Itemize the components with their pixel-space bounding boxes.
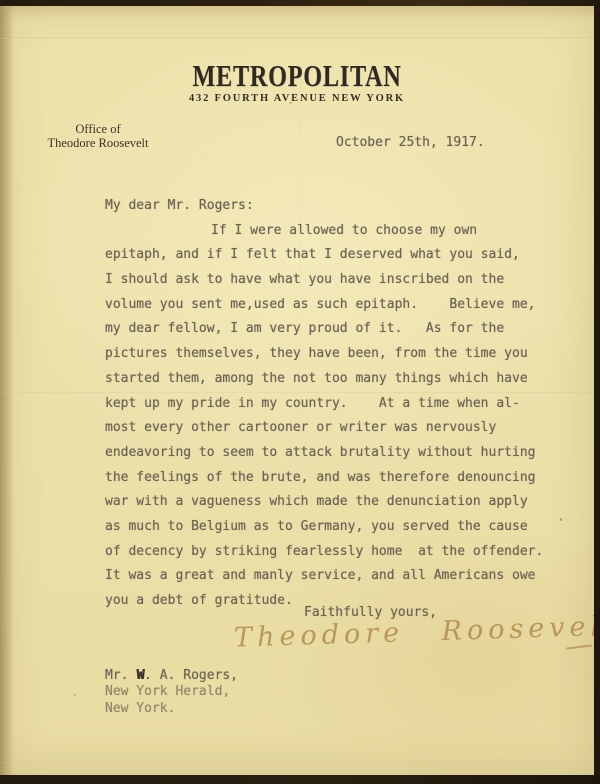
letterhead-title: METROPOLITAN	[65, 58, 528, 94]
recipient-block: Mr. W. A. Rogers, New York Herald, New Y…	[105, 668, 238, 717]
salutation: My dear Mr. Rogers:	[105, 194, 543, 219]
photo-border-bottom	[0, 775, 600, 784]
page-edge-shadow	[0, 6, 14, 775]
vertical-crease-left	[17, 10, 19, 240]
letter-body: My dear Mr. Rogers: If I were allowed to…	[105, 194, 543, 614]
overstruck-initial: W	[136, 668, 144, 683]
body-line: epitaph, and if I felt that I deserved w…	[105, 243, 543, 268]
body-line: of decency by striking fearlessly home a…	[105, 540, 543, 565]
horizontal-crease-bottom	[0, 761, 594, 763]
body-line: most every other cartooner or writer was…	[105, 416, 543, 441]
office-block: Office of Theodore Roosevelt	[36, 122, 160, 150]
body-line: endeavoring to seem to attack brutality …	[105, 441, 543, 466]
photo-border-right	[594, 0, 600, 784]
body-line: as much to Belgium as to Germany, you se…	[105, 515, 543, 540]
office-line-2: Theodore Roosevelt	[36, 136, 160, 150]
body-line: If I were allowed to choose my own	[105, 219, 543, 244]
body-line: kept up my pride in my country. At a tim…	[105, 392, 543, 417]
body-line: war with a vagueness which made the denu…	[105, 490, 543, 515]
recipient-suffix: . A. Rogers,	[144, 668, 238, 683]
horizontal-crease-top	[0, 37, 594, 39]
body-line: pictures themselves, they have been, fro…	[105, 342, 543, 367]
recipient-line-2: New York Herald,	[105, 684, 238, 700]
body-line: the feelings of the brute, and was there…	[105, 466, 543, 491]
letter-paper: METROPOLITAN 432 FOURTH AVENUE NEW YORK …	[0, 6, 594, 775]
photo-border-top	[0, 0, 600, 6]
paper-speck	[74, 694, 76, 696]
recipient-prefix: Mr.	[105, 668, 136, 683]
body-line: volume you sent me,used as such epitaph.…	[105, 293, 543, 318]
signature-flourish	[566, 644, 592, 649]
paper-speck	[289, 102, 292, 104]
body-line: I should ask to have what you have inscr…	[105, 268, 543, 293]
recipient-line-1: Mr. W. A. Rogers,	[105, 668, 238, 684]
paper-speck	[560, 518, 562, 521]
handwritten-signature: Theodore Roosevelt	[234, 611, 597, 653]
date-line: October 25th, 1917.	[336, 135, 485, 150]
letterhead-address: 432 FOURTH AVENUE NEW YORK	[0, 93, 594, 104]
body-line: started them, among the not too many thi…	[105, 367, 543, 392]
body-line: my dear fellow, I am very proud of it. A…	[105, 317, 543, 342]
recipient-line-3: New York.	[105, 701, 238, 717]
paper-speck	[416, 255, 418, 257]
office-line-1: Office of	[36, 122, 160, 136]
body-line: It was a great and manly service, and al…	[105, 564, 543, 589]
